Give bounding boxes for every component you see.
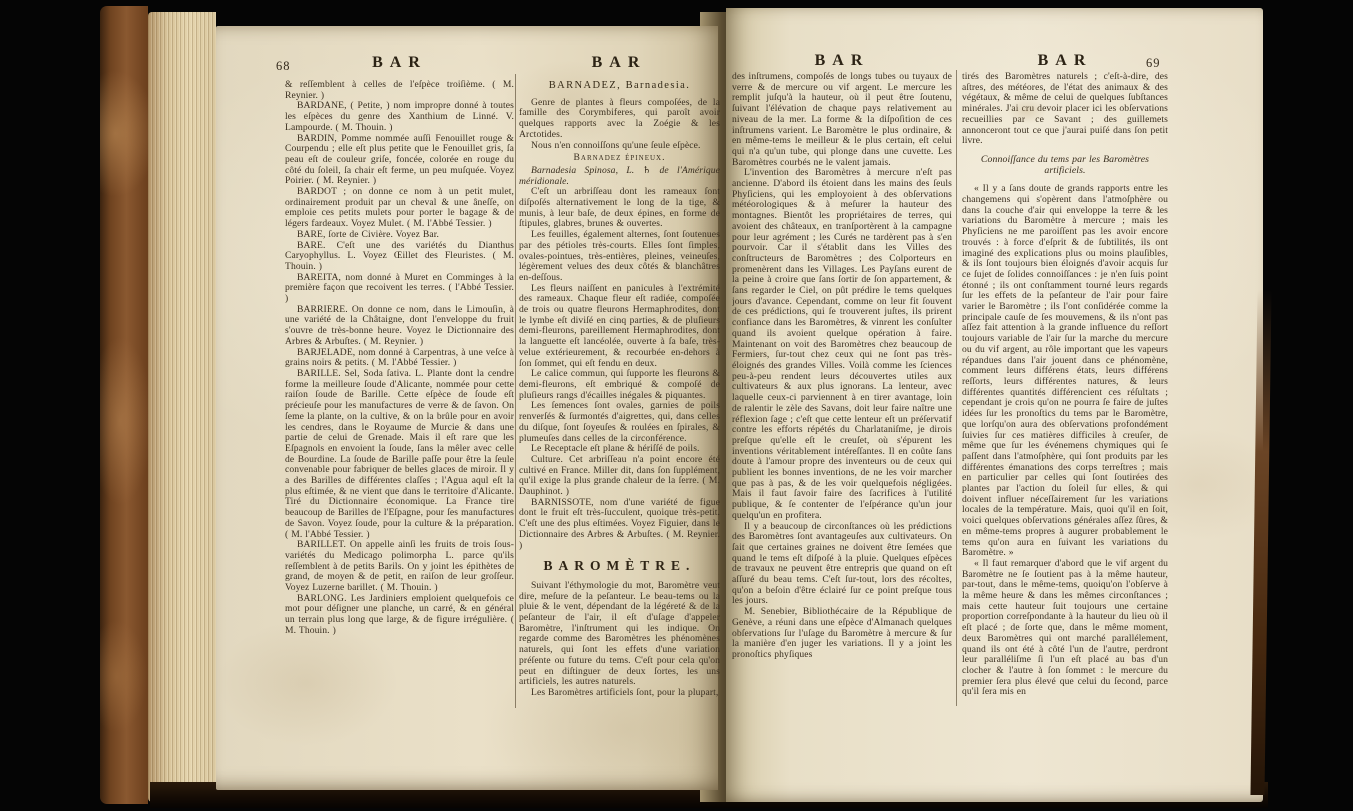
paragraph: Suivant l'éthymologie du mot, Baromètre …	[519, 581, 720, 688]
paragraph: BAROMÈTRE.	[519, 561, 720, 572]
left-page: 68 BAR BAR & reſſemblent à celles de l'e…	[216, 26, 718, 790]
paragraph: BARRIERE. On donne ce nom, dans le Limou…	[285, 305, 514, 348]
paragraph: BARJELADE, nom donné à Carpentras, à une…	[285, 348, 514, 369]
paragraph: Genre de plantes à fleurs compoſées, de …	[519, 98, 720, 141]
paragraph: BAREITA, nom donné à Muret en Comminges …	[285, 273, 514, 305]
running-title-right-col2: BAR	[962, 52, 1168, 70]
right-page-column-2: tirés des Baromètres naturels ; c'eſt-à-…	[962, 72, 1168, 722]
left-page-column-1: & reſſemblent à celles de l'eſpèce troiſ…	[285, 80, 514, 732]
right-page: 69 BAR BAR des inſtrumens, compoſés de l…	[726, 8, 1263, 802]
column-rule-right-page	[956, 70, 957, 706]
paragraph: BARDANE, ( Petite, ) nom impropre donné …	[285, 101, 514, 133]
running-title-right-col1: BAR	[732, 52, 952, 70]
paragraph: Les Baromètres artificiels ſont, pour la…	[519, 688, 720, 699]
paragraph: Les ſemences ſont ovales, garnies de poi…	[519, 401, 720, 444]
paragraph: BARLONG. Les Jardiniers emploient quelqu…	[285, 594, 514, 637]
right-page-column-1: des inſtrumens, compoſés de longs tubes …	[732, 72, 952, 722]
paragraph: & reſſemblent à celles de l'eſpèce troiſ…	[285, 80, 514, 101]
page-fore-edge-stack	[148, 12, 216, 802]
left-page-column-2: BARNADEZ, Barnadesia.Genre de plantes à …	[519, 80, 720, 732]
paragraph: « Il y a ſans doute de grands rapports e…	[962, 184, 1168, 559]
column-rule-left-page	[515, 74, 516, 708]
paragraph: BARNADEZ, Barnadesia.	[519, 81, 720, 92]
paragraph: Culture. Cet arbriſſeau n'a point encore…	[519, 455, 720, 498]
paragraph: BARDOT ; on donne ce nom à un petit mule…	[285, 187, 514, 230]
paragraph: Il y a beaucoup de circonſtances où les …	[732, 522, 952, 608]
paragraph: L'invention des Baromètres à mercure n'e…	[732, 168, 952, 521]
running-title-left-col1: BAR	[285, 54, 514, 72]
paragraph: BARDIN, Pomme nommée auſſi Fenouillet ro…	[285, 134, 514, 188]
paragraph: BARNISSOTE, nom d'une variété de figue d…	[519, 498, 720, 552]
paragraph: BARE. C'eſt une des variétés du Dianthus…	[285, 241, 514, 273]
paragraph: Le calice commun, qui ſupporte les fleur…	[519, 369, 720, 401]
paragraph: Nous n'en connoiſſons qu'une ſeule eſpèc…	[519, 141, 720, 152]
paragraph: BARE, ſorte de Civière. Voyez Bar.	[285, 230, 514, 241]
book-spine	[100, 6, 148, 804]
paragraph: Les fleurs naiſſent en panicules à l'ext…	[519, 284, 720, 370]
paragraph: tirés des Baromètres naturels ; c'eſt-à-…	[962, 72, 1168, 147]
paragraph: BARILLE. Sel, Soda ſativa. L. Plante don…	[285, 369, 514, 540]
paragraph: Barnadesia Spinosa, L. ♄ de l'Amérique m…	[519, 166, 720, 187]
paragraph: « Il faut remarquer d'abord que le vif a…	[962, 559, 1168, 698]
book-photo: 68 BAR BAR & reſſemblent à celles de l'e…	[0, 0, 1353, 811]
paragraph: des inſtrumens, compoſés de longs tubes …	[732, 72, 952, 168]
paragraph: BARILLET. On appelle ainſi les fruits de…	[285, 540, 514, 594]
paragraph: Connoiſſance du tems par les Baromètres …	[968, 155, 1162, 176]
paragraph: C'eſt un arbriſſeau dont les rameaux ſon…	[519, 187, 720, 230]
paragraph: Barnadez épineux.	[519, 153, 720, 164]
paragraph: Les feuilles, également alternes, ſont ſ…	[519, 230, 720, 284]
running-title-left-col2: BAR	[518, 54, 720, 72]
paragraph: M. Senebier, Bibliothécaire de la Républ…	[732, 607, 952, 661]
